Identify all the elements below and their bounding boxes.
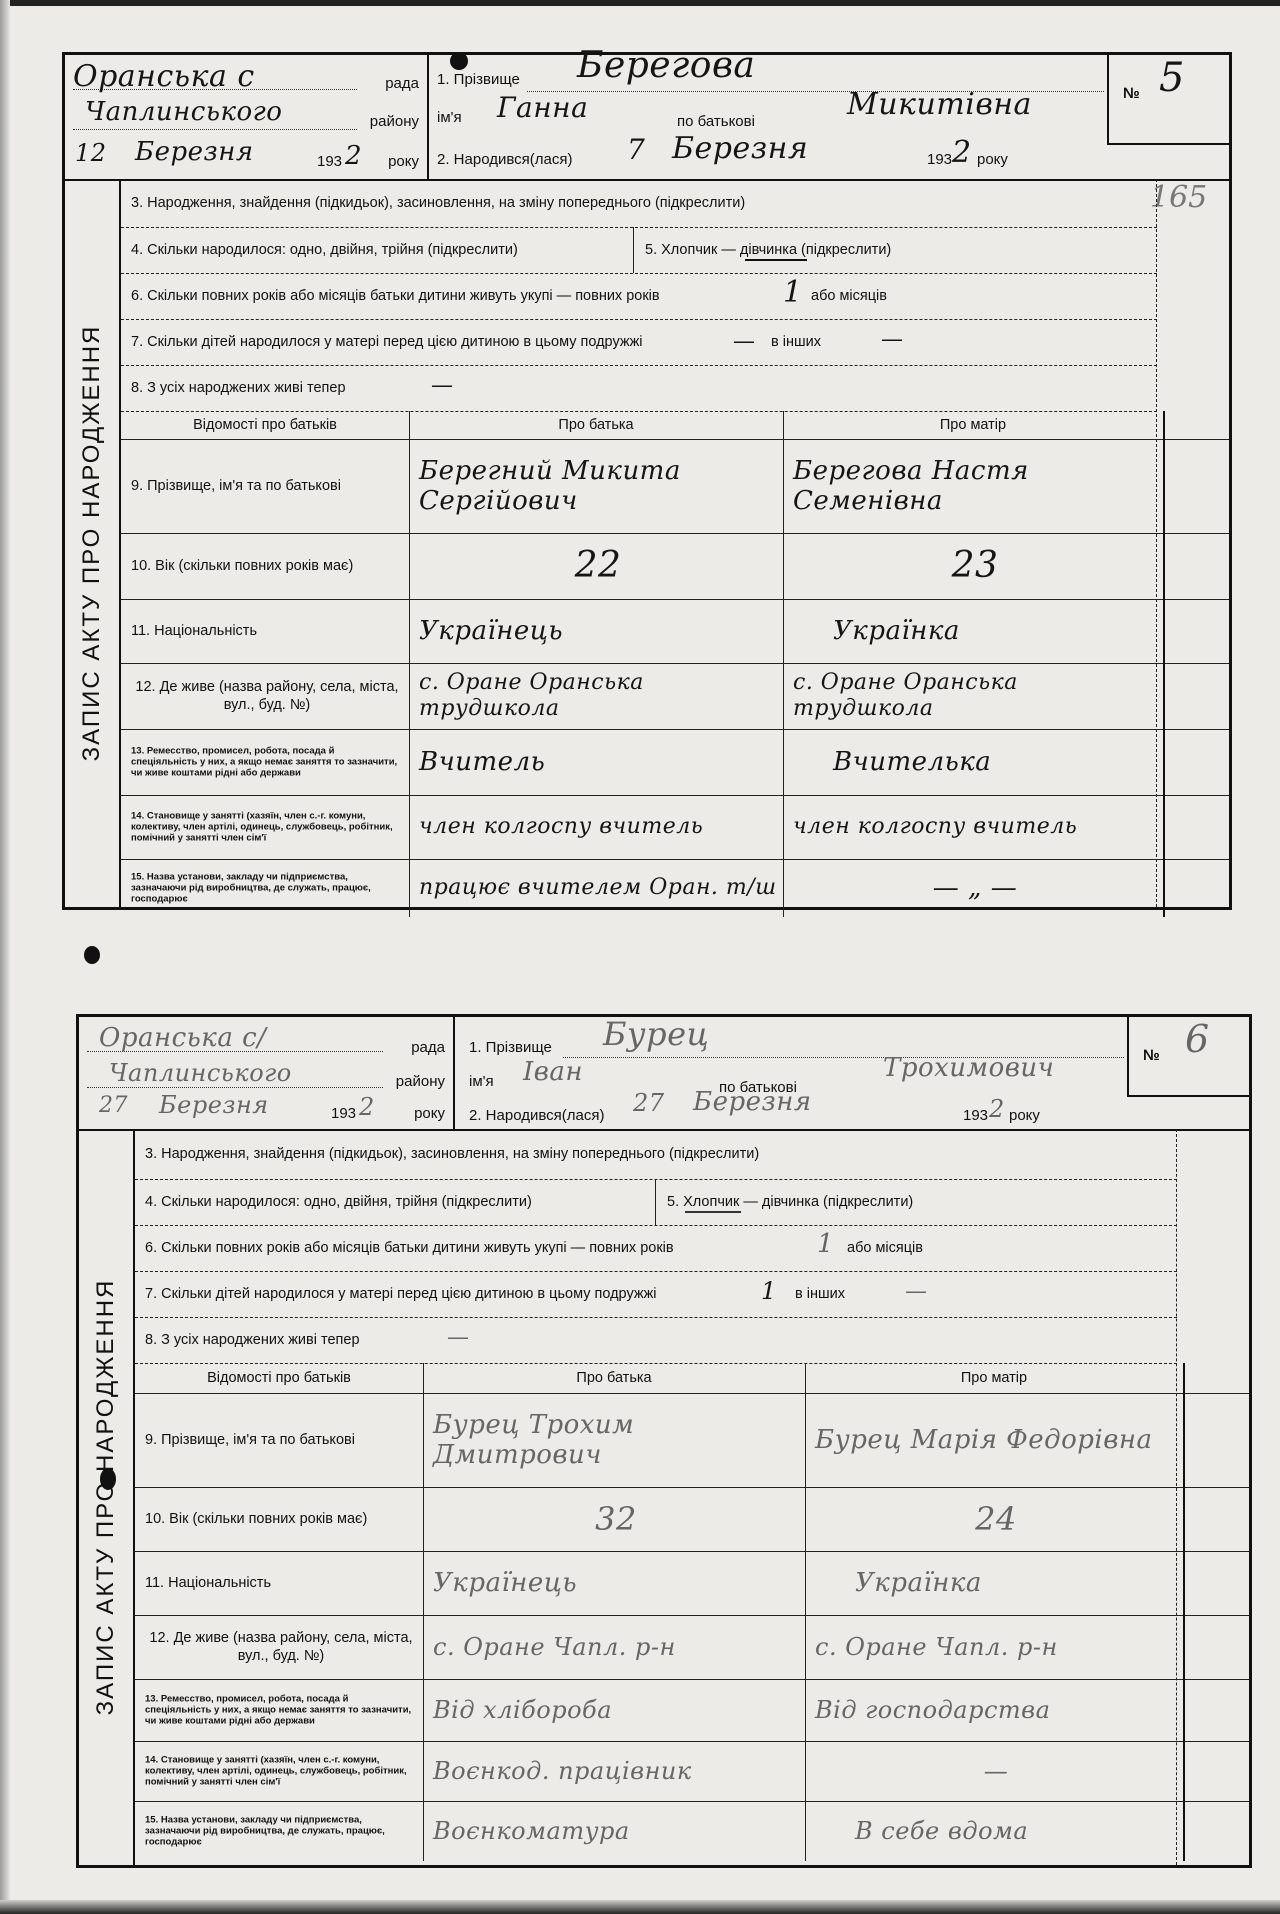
field-14-label: 14. Становище у занятті (хазяїн, член с.… xyxy=(131,811,403,844)
father-name: Бурец Трохим Дмитрович xyxy=(433,1410,799,1470)
child-identity-block: 1. Прізвище Бурец ім'я Іван по батькові … xyxy=(453,1017,1249,1129)
registration-month: Березня xyxy=(135,137,254,167)
record-header: Оранська с рада Чаплинського району 12 Б… xyxy=(65,55,1229,181)
birth-year-prefix: 193 xyxy=(963,1107,988,1124)
father-name: Берегний Микита Сергійович xyxy=(419,456,777,516)
side-title: ЗАПИС АКТУ ПРО НАРОДЖЕННЯ xyxy=(92,1279,120,1716)
born-label: 2. Народився(лася) xyxy=(469,1107,604,1124)
field-6-years-value: 1 xyxy=(783,275,803,310)
field-12-label: 12. Де живе (назва району, села, міста, … xyxy=(131,678,403,714)
field-8-label: 8. З усіх народжених живі тепер xyxy=(145,1332,360,1348)
paper-edge xyxy=(0,1900,1280,1914)
field-3-label: 3. Народження, знайдення (підкидьок), за… xyxy=(131,195,745,211)
district-value: Чаплинського xyxy=(85,97,282,127)
registration-year-digit: 2 xyxy=(345,141,362,171)
field-10-label: 10. Вік (скільки повних років має) xyxy=(131,557,403,575)
registration-day: 12 xyxy=(75,139,107,167)
registration-year-digit: 2 xyxy=(359,1093,375,1121)
mother-residence: с. Оране Чапл. р-н xyxy=(815,1632,1177,1662)
birth-month: Березня xyxy=(672,131,808,166)
field-11-label: 11. Національність xyxy=(145,1574,417,1592)
parents-table-header: Відомості про батьків Про батька Про мат… xyxy=(135,1363,1249,1394)
birth-year-label: року xyxy=(1009,1107,1040,1124)
surname-value: Берегова xyxy=(577,45,755,86)
field-7-other-value: — xyxy=(905,1279,928,1304)
district-label: району xyxy=(370,113,419,130)
record-number-box: № 6 xyxy=(1127,1017,1249,1097)
paper-edge xyxy=(0,0,10,1914)
field-11-label: 11. Національність xyxy=(131,622,403,640)
year-label: року xyxy=(388,153,419,170)
field-7-label: 7. Скільки дітей народилося у матері пер… xyxy=(131,334,643,350)
record-header: Оранська с/ рада Чаплинського району 27 … xyxy=(79,1017,1249,1131)
field-12-label: 12. Де живе (назва району, села, міста, … xyxy=(145,1629,417,1665)
field-15-label: 15. Назва установи, закладу чи підприємс… xyxy=(145,1815,417,1848)
field-6-months-label: або місяців xyxy=(811,288,887,304)
mother-workplace: В себе вдома xyxy=(815,1816,1177,1846)
born-label: 2. Народився(лася) xyxy=(437,151,572,168)
field-3-row: 3. Народження, знайдення (підкидьок), за… xyxy=(121,179,1157,228)
father-workplace: працює вчителем Оран. т/ш xyxy=(419,875,777,901)
row-13-occupation: 13. Ремесство, промисел, робота, посада … xyxy=(135,1679,1249,1742)
field-7-value: — xyxy=(733,329,756,354)
father-age: 32 xyxy=(433,1504,799,1534)
birth-year-digit: 2 xyxy=(952,135,972,170)
father-residence: с. Оране Чапл. р-н xyxy=(433,1632,799,1662)
number-sign: № xyxy=(1123,85,1140,102)
father-occupation: Вчитель xyxy=(419,747,777,777)
mother-header: Про матір xyxy=(805,1370,1183,1386)
father-header: Про батька xyxy=(409,417,783,433)
father-workplace: Воєнкоматура xyxy=(433,1816,799,1846)
birth-year-label: року xyxy=(977,151,1008,168)
row-10-age: 10. Вік (скільки повних років має) 22 23 xyxy=(121,533,1229,600)
birth-year-prefix: 193 xyxy=(927,151,952,168)
mother-name: Берегова Настя Семенівна xyxy=(793,456,1157,516)
father-header: Про батька xyxy=(423,1370,805,1386)
council-value: Оранська с xyxy=(73,59,255,94)
registration-block: Оранська с/ рада Чаплинського району 27 … xyxy=(79,1017,455,1129)
field-7-row: 7. Скільки дітей народилося у матері пер… xyxy=(135,1271,1177,1318)
registration-block: Оранська с рада Чаплинського району 12 Б… xyxy=(65,55,429,179)
field-9-label: 9. Прізвище, ім'я та по батькові xyxy=(131,477,403,495)
mother-workplace: — „ — xyxy=(793,873,1157,903)
field-8-label: 8. З усіх народжених живі тепер xyxy=(131,380,346,396)
sex-underline xyxy=(685,1211,741,1213)
field-7-value: 1 xyxy=(761,1277,777,1305)
record-number-box: № 5 xyxy=(1107,55,1229,145)
row-14-status: 14. Становище у занятті (хазяїн, член с.… xyxy=(135,1741,1249,1802)
father-nationality: Українець xyxy=(419,616,777,646)
record-body: 3. Народження, знайдення (підкидьок), за… xyxy=(135,1129,1249,1865)
surname-label: 1. Прізвище xyxy=(469,1039,552,1056)
field-3-label: 3. Народження, знайдення (підкидьок), за… xyxy=(145,1146,759,1162)
record-body: 3. Народження, знайдення (підкидьок), за… xyxy=(121,179,1229,907)
field-15-label: 15. Назва установи, закладу чи підприємс… xyxy=(131,872,403,905)
field-8-value: — xyxy=(431,373,454,398)
year-label: року xyxy=(414,1105,445,1122)
field-8-row: 8. З усіх народжених живі тепер — xyxy=(121,365,1157,412)
patronymic-value: Микитівна xyxy=(847,87,1032,122)
father-status: член колгоспу вчитель xyxy=(419,812,777,842)
mother-status: член колгоспу вчитель xyxy=(793,812,1157,842)
mother-header: Про матір xyxy=(783,417,1163,433)
row-15-workplace: 15. Назва установи, закладу чи підприємс… xyxy=(121,859,1229,917)
birth-record-5: Оранська с рада Чаплинського району 12 Б… xyxy=(62,52,1232,910)
field-5-label: 5. Хлопчик — дівчинка (підкреслити) xyxy=(667,1194,913,1210)
father-residence: с. Оране Оранська трудшкола xyxy=(419,670,777,722)
birth-record-6: Оранська с/ рада Чаплинського району 27 … xyxy=(76,1014,1252,1868)
paper-edge xyxy=(0,0,1280,6)
mother-occupation: Вчителька xyxy=(793,747,1157,777)
name-label: ім'я xyxy=(469,1073,494,1090)
row-15-workplace: 15. Назва установи, закладу чи підприємс… xyxy=(135,1801,1249,1861)
registration-month: Березня xyxy=(159,1091,269,1119)
row-9-full-name: 9. Прізвище, ім'я та по батькові Берегни… xyxy=(121,439,1229,534)
field-7-label: 7. Скільки дітей народилося у матері пер… xyxy=(145,1286,657,1302)
row-13-occupation: 13. Ремесство, промисел, робота, посада … xyxy=(121,729,1229,796)
field-5-label: 5. Хлопчик — дівчинка (підкреслити) xyxy=(645,242,891,258)
field-10-label: 10. Вік (скільки повних років має) xyxy=(145,1510,417,1528)
patronymic-label: по батькові xyxy=(677,113,755,130)
parents-header: Відомості про батьків xyxy=(121,417,409,433)
field-4-5-row: 4. Скільки народилося: одно, двійня, трі… xyxy=(121,227,1157,274)
field-14-label: 14. Становище у занятті (хазяїн, член с.… xyxy=(145,1755,417,1788)
record-number: 6 xyxy=(1185,1017,1210,1061)
parents-table-header: Відомості про батьків Про батька Про мат… xyxy=(121,411,1229,440)
field-6-row: 6. Скільки повних років або місяців бать… xyxy=(135,1225,1177,1272)
field-8-row: 8. З усіх народжених живі тепер — xyxy=(135,1317,1177,1364)
side-title: ЗАПИС АКТУ ПРО НАРОДЖЕННЯ xyxy=(78,325,106,762)
sex-underline xyxy=(745,259,807,261)
row-11-nationality: 11. Національність Українець Українка xyxy=(121,599,1229,664)
child-identity-block: 1. Прізвище Берегова ім'я Ганна по батьк… xyxy=(427,55,1229,179)
field-7-row: 7. Скільки дітей народилося у матері пер… xyxy=(121,319,1157,366)
field-6-row: 6. Скільки повних років або місяців бать… xyxy=(121,273,1157,320)
field-4-label: 4. Скільки народилося: одно, двійня, трі… xyxy=(131,242,518,258)
birth-month: Березня xyxy=(693,1087,812,1117)
mother-status: — xyxy=(815,1756,1177,1786)
parents-header: Відомості про батьків xyxy=(135,1370,423,1386)
field-4-5-row: 4. Скільки народилося: одно, двійня, трі… xyxy=(135,1179,1177,1226)
surname-value: Бурец xyxy=(603,1015,709,1053)
field-3-row: 3. Народження, знайдення (підкидьок), за… xyxy=(135,1129,1177,1180)
field-13-label: 13. Ремесство, промисел, робота, посада … xyxy=(131,746,403,779)
council-label: рада xyxy=(411,1039,445,1056)
name-value: Іван xyxy=(523,1057,583,1087)
birth-day: 27 xyxy=(633,1089,665,1117)
field-6-years-value: 1 xyxy=(817,1229,834,1259)
field-6-months-label: або місяців xyxy=(847,1240,923,1256)
field-7-other-value: — xyxy=(881,327,904,352)
field-4-label: 4. Скільки народилося: одно, двійня, трі… xyxy=(145,1194,532,1210)
parents-table: Відомості про батьків Про батька Про мат… xyxy=(121,411,1229,907)
row-9-full-name: 9. Прізвище, ім'я та по батькові Бурец Т… xyxy=(135,1393,1249,1488)
name-label: ім'я xyxy=(437,109,462,126)
mother-name: Бурец Марія Федорівна xyxy=(815,1425,1177,1455)
row-12-residence: 12. Де живе (назва району, села, міста, … xyxy=(135,1615,1249,1680)
district-value: Чаплинського xyxy=(109,1059,292,1087)
district-label: району xyxy=(396,1073,445,1090)
mother-nationality: Українка xyxy=(815,1568,1177,1598)
mother-age: 24 xyxy=(815,1504,1177,1534)
record-number: 5 xyxy=(1159,55,1185,101)
father-age: 22 xyxy=(419,551,777,581)
council-label: рада xyxy=(385,75,419,92)
year-prefix: 193 xyxy=(317,153,342,170)
year-prefix: 193 xyxy=(331,1105,356,1122)
field-6-label: 6. Скільки повних років або місяців бать… xyxy=(131,288,660,304)
mother-age: 23 xyxy=(793,551,1157,581)
field-7-other-label: в інших xyxy=(771,334,821,350)
ink-blot xyxy=(84,946,100,964)
patronymic-value: Трохимович xyxy=(883,1053,1054,1083)
parents-table: Відомості про батьків Про батька Про мат… xyxy=(135,1363,1249,1865)
birth-day: 7 xyxy=(627,133,645,166)
row-10-age: 10. Вік (скільки повних років має) 32 24 xyxy=(135,1487,1249,1552)
side-title-column: ЗАПИС АКТУ ПРО НАРОДЖЕННЯ xyxy=(79,1129,135,1865)
father-occupation: Від хлібороба xyxy=(433,1695,799,1725)
name-value: Ганна xyxy=(497,91,588,124)
registration-day: 27 xyxy=(99,1093,128,1118)
field-7-other-label: в інших xyxy=(795,1286,845,1302)
field-8-value: — xyxy=(447,1325,470,1350)
number-sign: № xyxy=(1143,1047,1160,1064)
mother-residence: с. Оране Оранська трудшкола xyxy=(793,670,1157,722)
field-9-label: 9. Прізвище, ім'я та по батькові xyxy=(145,1431,417,1449)
father-nationality: Українець xyxy=(433,1568,799,1598)
father-status: Воєнкод. працівник xyxy=(433,1756,799,1786)
mother-occupation: Від господарства xyxy=(815,1695,1177,1725)
row-11-nationality: 11. Національність Українець Українка xyxy=(135,1551,1249,1616)
mother-nationality: Українка xyxy=(793,616,1157,646)
council-value: Оранська с/ xyxy=(99,1023,266,1053)
row-12-residence: 12. Де живе (назва району, села, міста, … xyxy=(121,663,1229,730)
field-6-label: 6. Скільки повних років або місяців бать… xyxy=(145,1240,674,1256)
birth-year-digit: 2 xyxy=(989,1095,1005,1123)
field-13-label: 13. Ремесство, промисел, робота, посада … xyxy=(145,1694,417,1727)
row-14-status: 14. Становище у занятті (хазяїн, член с.… xyxy=(121,795,1229,860)
surname-label: 1. Прізвище xyxy=(437,71,520,88)
side-title-column: ЗАПИС АКТУ ПРО НАРОДЖЕННЯ xyxy=(65,179,121,907)
